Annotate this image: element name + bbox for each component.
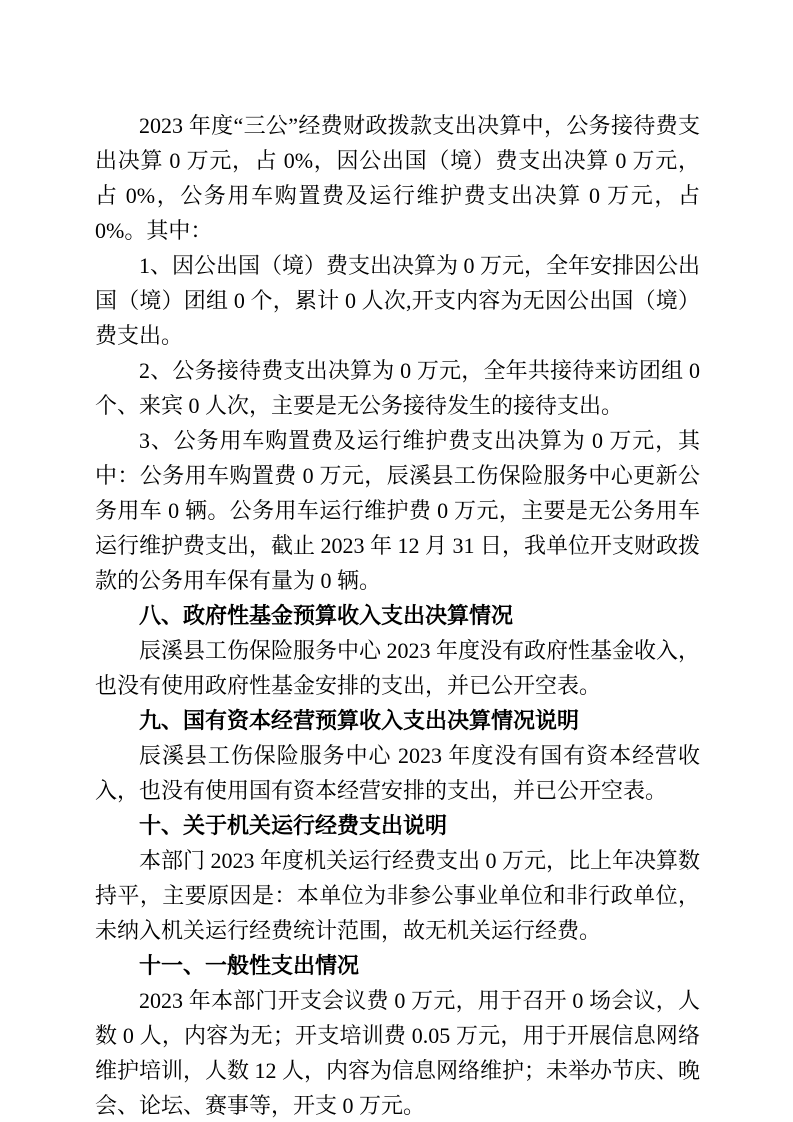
- section-heading: 十、关于机关运行经费支出说明: [95, 808, 700, 843]
- document-page: 2023 年度“三公”经费财政拨款支出决算中，公务接待费支出决算 0 万元，占 …: [0, 0, 793, 1122]
- paragraph: 辰溪县工伤保险服务中心 2023 年度没有国有资本经营收入，也没有使用国有资本经…: [95, 738, 700, 808]
- paragraph: 3、公务用车购置费及运行维护费支出决算为 0 万元，其中：公务用车购置费 0 万…: [95, 423, 700, 598]
- paragraph: 2、公务接待费支出决算为 0 万元，全年共接待来访团组 0 个、来宾 0 人次，…: [95, 353, 700, 423]
- paragraph: 2023 年本部门开支会议费 0 万元，用于召开 0 场会议，人数 0 人，内容…: [95, 983, 700, 1122]
- section-heading: 九、国有资本经营预算收入支出决算情况说明: [95, 703, 700, 738]
- document-body: 2023 年度“三公”经费财政拨款支出决算中，公务接待费支出决算 0 万元，占 …: [95, 108, 700, 1122]
- paragraph: 2023 年度“三公”经费财政拨款支出决算中，公务接待费支出决算 0 万元，占 …: [95, 108, 700, 248]
- section-heading: 八、政府性基金预算收入支出决算情况: [95, 598, 700, 633]
- paragraph: 辰溪县工伤保险服务中心 2023 年度没有政府性基金收入，也没有使用政府性基金安…: [95, 633, 700, 703]
- paragraph: 本部门 2023 年度机关运行经费支出 0 万元，比上年决算数持平，主要原因是：…: [95, 843, 700, 948]
- paragraph: 1、因公出国（境）费支出决算为 0 万元，全年安排因公出国（境）团组 0 个，累…: [95, 248, 700, 353]
- section-heading: 十一、一般性支出情况: [95, 948, 700, 983]
